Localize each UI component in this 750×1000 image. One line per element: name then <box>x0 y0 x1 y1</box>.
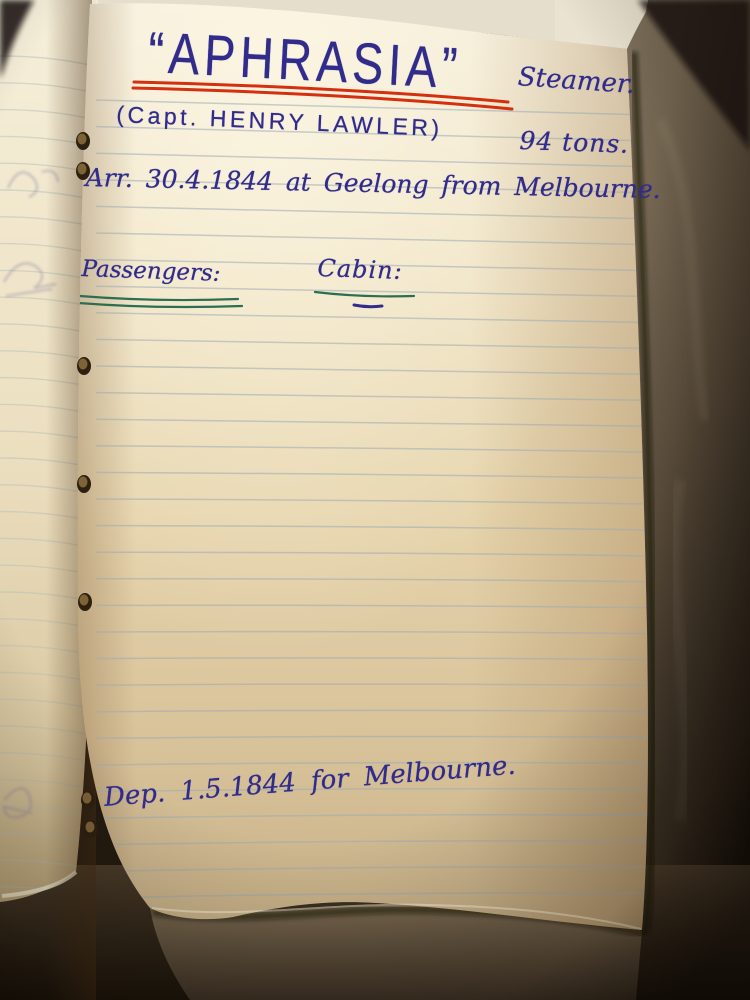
passengers-heading: Passengers: <box>81 256 221 287</box>
cabin-heading: Cabin: <box>317 254 403 285</box>
notebook-page-backdrop <box>0 0 750 1000</box>
tonnage-note: 94 tons. <box>519 126 630 159</box>
vignette <box>0 0 750 1000</box>
notebook-photo: “APHRASIA” Steamer. (Capt. HENRY LAWLER)… <box>0 0 750 1000</box>
